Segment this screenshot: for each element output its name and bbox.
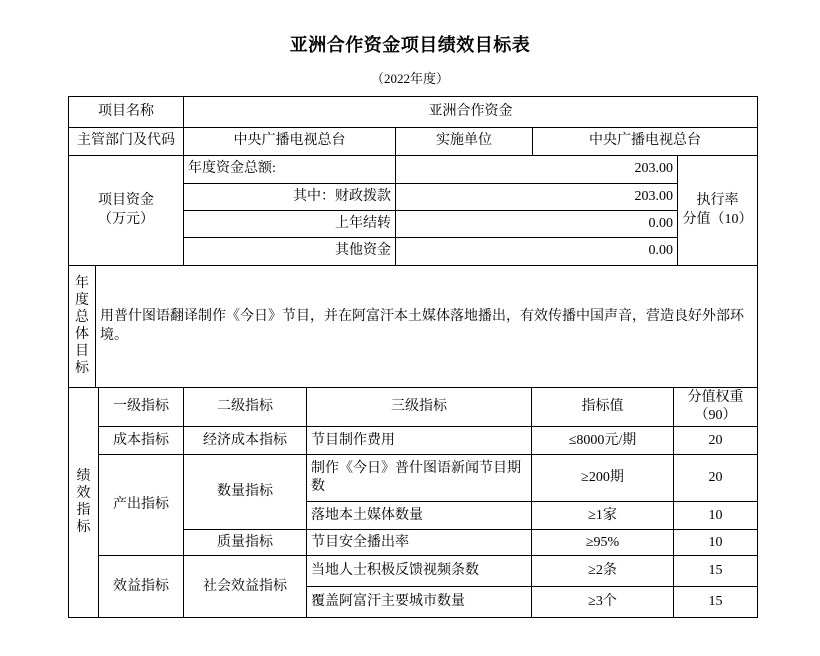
basic-info-section: 项目名称 亚洲合作资金 主管部门及代码 中央广播电视总台 实施单位 中央广播电视… xyxy=(68,96,758,156)
impl-unit-label: 实施单位 xyxy=(396,128,533,156)
indicator-value: ≥95% xyxy=(532,530,674,556)
indicator-level2: 经济成本指标 xyxy=(184,427,307,455)
indicator-weight: 20 xyxy=(674,455,758,502)
indicator-value: ≥3个 xyxy=(532,587,674,618)
header-level2: 二级指标 xyxy=(184,388,307,427)
indicator-weight: 20 xyxy=(674,427,758,455)
indicator-weight: 10 xyxy=(674,530,758,556)
annual-goal-text: 用普什图语翻译制作《今日》节目，并在阿富汗本土媒体落地播出，有效传播中国声音，营… xyxy=(96,266,758,388)
indicator-row: 效益指标 社会效益指标 当地人士积极反馈视频条数 ≥2条 15 xyxy=(69,556,758,587)
header-value: 指标值 xyxy=(532,388,674,427)
project-name-label: 项目名称 xyxy=(69,97,184,128)
header-weight: 分值权重 （90） xyxy=(674,388,758,427)
indicator-level2: 质量指标 xyxy=(184,530,307,556)
indicators-label: 绩效指标 xyxy=(69,388,99,618)
performance-target-table: 项目名称 亚洲合作资金 主管部门及代码 中央广播电视总台 实施单位 中央广播电视… xyxy=(68,97,757,618)
annual-goal-label-text: 年度总体目标 xyxy=(75,275,89,377)
funds-fiscal-label: 其中：财政拨款 xyxy=(184,184,396,211)
execution-rate-label: 执行率 分值（10） xyxy=(678,156,758,266)
funds-label: 项目资金 （万元） xyxy=(69,156,184,266)
project-funds-section: 项目资金 （万元） 年度资金总额: 203.00 执行率 分值（10） 其中：财… xyxy=(68,155,758,266)
impl-unit-value: 中央广播电视总台 xyxy=(533,128,758,156)
indicator-level3: 节目制作费用 xyxy=(307,427,532,455)
indicator-weight: 15 xyxy=(674,556,758,587)
funds-other-value: 0.00 xyxy=(396,238,678,266)
indicator-value: ≥1家 xyxy=(532,502,674,530)
document-subtitle: （2022年度） xyxy=(0,68,820,87)
header-level3: 三级指标 xyxy=(307,388,532,427)
document-title: 亚洲合作资金项目绩效目标表 xyxy=(0,31,820,57)
funds-carryover-label: 上年结转 xyxy=(184,211,396,238)
indicator-level2: 社会效益指标 xyxy=(184,556,307,618)
indicator-weight: 10 xyxy=(674,502,758,530)
indicator-level1: 产出指标 xyxy=(99,455,184,556)
dept-code-label: 主管部门及代码 xyxy=(69,128,184,156)
indicator-level3: 节目安全播出率 xyxy=(307,530,532,556)
funds-carryover-value: 0.00 xyxy=(396,211,678,238)
indicator-weight: 15 xyxy=(674,587,758,618)
indicator-level1: 效益指标 xyxy=(99,556,184,618)
indicator-level3: 制作《今日》普什图语新闻节目期数 xyxy=(307,455,532,502)
indicator-level3: 当地人士积极反馈视频条数 xyxy=(307,556,532,587)
funds-total-label: 年度资金总额: xyxy=(184,156,396,184)
dept-code-value: 中央广播电视总台 xyxy=(184,128,396,156)
indicators-section: 绩效指标 一级指标 二级指标 三级指标 指标值 分值权重 （90） 成本指标 经… xyxy=(68,387,758,618)
indicator-row: 成本指标 经济成本指标 节目制作费用 ≤8000元/期 20 xyxy=(69,427,758,455)
indicator-value: ≥2条 xyxy=(532,556,674,587)
indicator-level3: 覆盖阿富汗主要城市数量 xyxy=(307,587,532,618)
indicator-level1: 成本指标 xyxy=(99,427,184,455)
header-level1: 一级指标 xyxy=(99,388,184,427)
annual-goal-label: 年度总体目标 xyxy=(69,266,96,388)
annual-goal-section: 年度总体目标 用普什图语翻译制作《今日》节目，并在阿富汗本土媒体落地播出，有效传… xyxy=(68,265,758,388)
funds-fiscal-value: 203.00 xyxy=(396,184,678,211)
funds-total-value: 203.00 xyxy=(396,156,678,184)
document-page: 亚洲合作资金项目绩效目标表 （2022年度） 项目名称 亚洲合作资金 主管部门及… xyxy=(0,0,820,656)
indicator-value: ≥200期 xyxy=(532,455,674,502)
project-name-value: 亚洲合作资金 xyxy=(184,97,758,128)
indicators-label-text: 绩效指标 xyxy=(77,468,91,536)
indicator-level2: 数量指标 xyxy=(184,455,307,530)
indicator-value: ≤8000元/期 xyxy=(532,427,674,455)
indicator-level3: 落地本土媒体数量 xyxy=(307,502,532,530)
indicator-row: 产出指标 数量指标 制作《今日》普什图语新闻节目期数 ≥200期 20 xyxy=(69,455,758,502)
funds-other-label: 其他资金 xyxy=(184,238,396,266)
